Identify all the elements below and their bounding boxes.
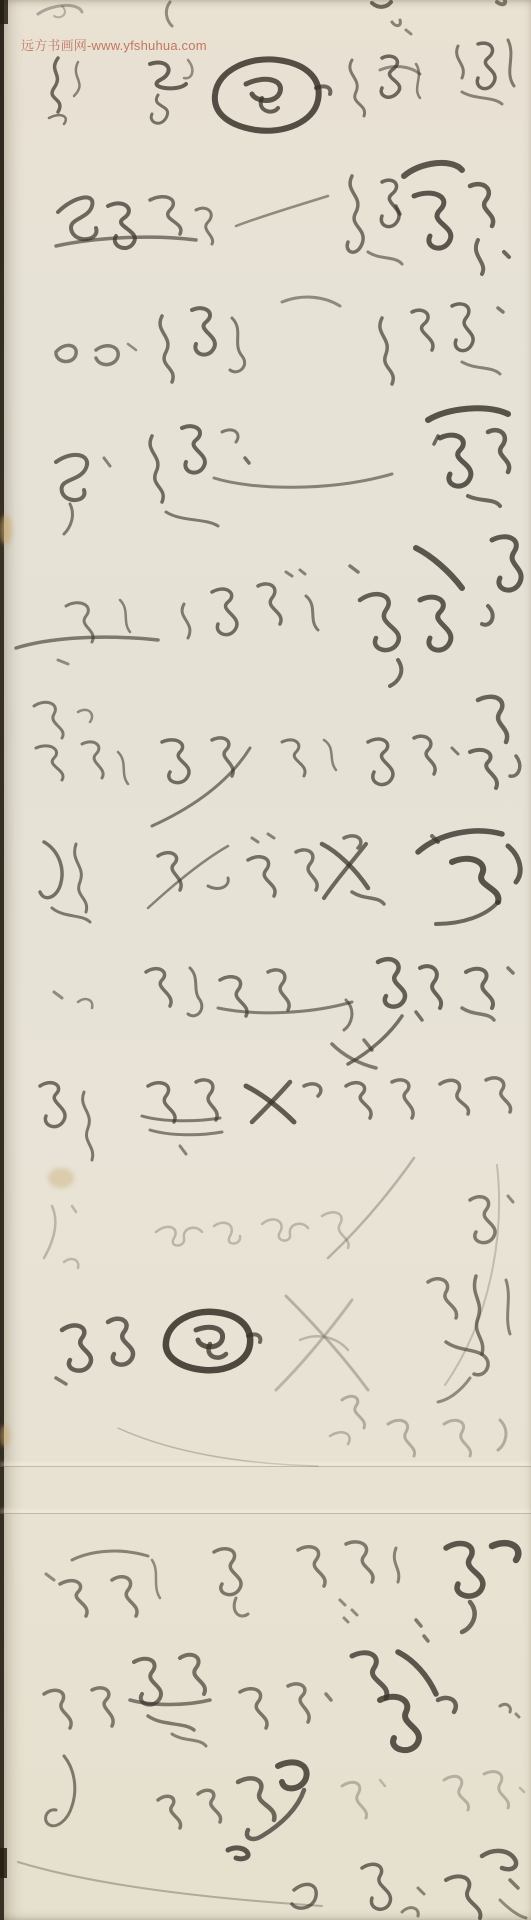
scan-corner-blot-bottom [0, 1848, 7, 1878]
ink-stroke [462, 1008, 494, 1020]
ink-stroke [108, 1319, 133, 1365]
ink-stroke [416, 548, 462, 588]
ink-stroke [162, 740, 189, 783]
ink-stroke [74, 62, 80, 96]
ink-stroke [296, 850, 317, 890]
ink-stroke [462, 1602, 475, 1632]
ink-stroke [156, 1227, 202, 1246]
ink-stroke [230, 318, 245, 372]
ink-stroke [508, 40, 514, 86]
ink-stroke [180, 1655, 205, 1694]
ink-stroke [182, 426, 205, 472]
ink-stroke [510, 1880, 518, 1888]
ink-stroke [368, 739, 393, 784]
ink-stroke [364, 1040, 372, 1050]
ink-stroke [245, 458, 249, 463]
ink-stroke [72, 1551, 148, 1560]
ink-stroke [342, 1396, 365, 1428]
ink-stroke [146, 969, 171, 1006]
ink-stroke [362, 1864, 391, 1909]
ink-stroke [488, 430, 509, 472]
ink-stroke [394, 1548, 399, 1582]
ink-stroke [504, 252, 509, 257]
ink-stroke [52, 908, 90, 922]
ink-stroke [368, 252, 402, 264]
ink-stroke [36, 746, 63, 780]
ink-stroke [240, 1689, 267, 1728]
ink-stroke [344, 1618, 348, 1622]
paper-stain [0, 515, 12, 545]
ink-stroke [104, 458, 110, 466]
ink-stroke [324, 844, 366, 898]
ink-stroke [470, 750, 497, 788]
ink-stroke [188, 968, 202, 1016]
paper-crease [0, 1466, 531, 1469]
ink-stroke [350, 60, 365, 116]
ink-stroke [268, 970, 289, 1010]
ink-stroke [218, 1002, 352, 1013]
ink-stroke [228, 1848, 248, 1859]
ink-stroke [347, 176, 363, 252]
ink-stroke [352, 1610, 357, 1615]
ink-stroke [446, 1543, 483, 1596]
ink-stroke [182, 604, 190, 638]
ink-stroke [128, 344, 136, 350]
ink-stroke [118, 1428, 318, 1466]
ink-stroke [418, 831, 502, 852]
ink-stroke [49, 115, 66, 124]
ink-stroke [344, 836, 361, 848]
ink-stroke [72, 1206, 76, 1212]
ink-stroke [40, 1083, 65, 1127]
paper-stain [48, 1168, 74, 1188]
ink-stroke [392, 1080, 413, 1118]
ink-stroke [498, 308, 503, 312]
ink-stroke [520, 1788, 524, 1792]
ink-stroke [58, 197, 96, 239]
ink-stroke [402, 1908, 418, 1916]
ink-stroke [388, 1420, 415, 1456]
ink-stroke [416, 1620, 421, 1626]
ink-stroke [184, 60, 192, 78]
ink-stroke [381, 56, 399, 97]
ink-stroke [324, 740, 336, 770]
ink-stroke [152, 1560, 160, 1598]
ink-stroke [406, 30, 411, 34]
ink-stroke [56, 345, 76, 361]
ink-stroke [166, 512, 218, 526]
ink-stroke [500, 1900, 526, 1918]
ink-stroke [470, 1197, 495, 1243]
ink-stroke [64, 1259, 78, 1268]
ink-stroke [152, 748, 250, 826]
ink-stroke [248, 857, 275, 896]
ink-stroke [328, 1158, 414, 1258]
ink-stroke [404, 163, 462, 176]
ink-stroke [282, 740, 305, 776]
ink-stroke [160, 316, 173, 382]
ink-stroke [510, 756, 520, 776]
ink-stroke [18, 1862, 322, 1906]
ink-stroke [418, 1888, 424, 1894]
ink-stroke [420, 597, 451, 650]
ink-stroke [134, 1659, 161, 1705]
ink-stroke [298, 1547, 325, 1586]
ink-stroke [482, 1851, 516, 1869]
ink-stroke [268, 834, 274, 838]
ink-stroke [288, 1684, 309, 1722]
calligraphy-artwork [0, 0, 531, 1920]
ink-stroke [478, 697, 507, 742]
ink-stroke [416, 64, 420, 98]
ink-stroke [380, 67, 420, 74]
ink-stroke [304, 1084, 321, 1096]
ink-stroke [258, 584, 281, 624]
ink-stroke [482, 606, 493, 625]
ink-stroke [148, 1716, 194, 1730]
ink-stroke [468, 496, 500, 506]
ink-stroke [424, 1636, 428, 1641]
ink-stroke [452, 304, 473, 351]
ink-stroke [222, 430, 238, 442]
ink-stroke [380, 1780, 385, 1786]
ink-stroke [252, 838, 258, 842]
paper-stain [0, 1425, 10, 1447]
ink-stroke [56, 455, 87, 500]
ink-stroke [158, 1796, 181, 1828]
ink-stroke [78, 710, 92, 722]
ink-stroke [142, 1116, 220, 1121]
ink-stroke [446, 1876, 480, 1918]
ink-stroke [196, 1080, 217, 1120]
ink-stroke [44, 1206, 55, 1258]
ink-stroke [440, 435, 471, 486]
ink-stroke [214, 1223, 240, 1244]
ink-stroke [428, 1279, 457, 1318]
ink-stroke [16, 637, 158, 648]
ink-stroke [278, 1762, 307, 1788]
ink-stroke [234, 1598, 248, 1616]
ink-stroke [58, 660, 68, 664]
ink-stroke [498, 1420, 506, 1450]
ink-stroke [486, 1078, 511, 1112]
ink-stroke [444, 1776, 469, 1810]
ink-stroke [381, 180, 399, 226]
ink-stroke [44, 1690, 71, 1728]
ink-stroke [118, 752, 128, 784]
ink-stroke [46, 1756, 75, 1826]
ink-stroke [412, 310, 433, 350]
ink-stroke [380, 1697, 419, 1750]
ink-stroke [492, 1543, 518, 1560]
ink-stroke [92, 1688, 113, 1726]
ink-stroke [166, 1312, 250, 1370]
ink-stroke [34, 702, 63, 738]
ink-stroke [150, 436, 163, 502]
ink-stroke [497, 1, 505, 4]
ink-stroke [444, 1420, 471, 1456]
ink-stroke [436, 902, 498, 924]
ink-stroke [282, 297, 340, 306]
ink-stroke [352, 1653, 387, 1698]
ink-stroke [466, 969, 493, 1008]
ink-stroke [120, 600, 130, 632]
ink-stroke [75, 844, 87, 912]
ink-stroke [276, 1300, 352, 1390]
ink-stroke [508, 846, 520, 882]
ink-stroke [286, 572, 292, 576]
ink-stroke [346, 1542, 373, 1582]
ink-stroke [166, 2, 172, 26]
ink-stroke [150, 197, 181, 234]
ink-stroke [214, 474, 392, 487]
ink-stroke [62, 1325, 91, 1370]
ink-stroke [238, 1778, 274, 1820]
scan-corner-blot-top [0, 0, 8, 24]
ink-stroke [360, 594, 399, 650]
ink-stroke [52, 58, 60, 112]
ink-stroke [212, 589, 237, 635]
ink-stroke [46, 1574, 54, 1580]
ink-stroke [457, 46, 464, 78]
ink-stroke [56, 1378, 66, 1384]
ink-stroke [148, 1083, 175, 1122]
ink-stroke [212, 738, 233, 776]
ink-stroke [215, 59, 319, 130]
ink-stroke [150, 63, 186, 89]
ink-stroke [192, 308, 215, 354]
ink-stroke [342, 1782, 367, 1818]
ink-stroke [150, 1130, 222, 1135]
ink-stroke [340, 1600, 345, 1605]
ink-stroke [262, 1219, 308, 1240]
ink-stroke [38, 5, 82, 14]
ink-stroke [416, 1012, 422, 1020]
ink-stroke [476, 240, 483, 274]
ink-stroke [428, 408, 508, 420]
ink-stroke [198, 1790, 221, 1822]
ink-stroke [330, 1432, 350, 1444]
ink-stroke [396, 206, 400, 214]
ink-stroke [438, 1378, 470, 1402]
paper-crease [0, 1513, 531, 1516]
ink-stroke [180, 1146, 186, 1154]
ink-stroke [83, 1092, 93, 1160]
ink-stroke [96, 346, 118, 365]
ink-stroke [508, 1196, 513, 1202]
ink-stroke [208, 878, 228, 888]
paper-background: 远方书画网-www.yfshuhua.com [0, 0, 531, 1920]
ink-stroke [462, 362, 500, 374]
ink-stroke [414, 736, 435, 774]
ink-stroke [236, 196, 328, 226]
ink-stroke [440, 1080, 469, 1114]
ink-stroke [438, 1698, 456, 1712]
watermark-text: 远方书画网-www.yfshuhua.com [21, 35, 207, 54]
ink-stroke [60, 1581, 87, 1616]
ink-stroke [64, 504, 72, 534]
ink-stroke [196, 208, 213, 244]
ink-stroke [470, 184, 493, 226]
ink-stroke [82, 742, 103, 778]
ink-stroke [500, 1704, 510, 1712]
ink-stroke [352, 892, 384, 904]
ink-stroke [474, 1276, 482, 1354]
ink-stroke [380, 318, 393, 384]
ink-stroke [492, 537, 521, 590]
ink-stroke [306, 596, 318, 630]
ink-stroke [414, 193, 451, 248]
ink-stroke [151, 95, 167, 123]
ink-stroke [172, 1734, 206, 1746]
ink-stroke [452, 748, 458, 754]
ink-stroke [390, 660, 401, 686]
ink-stroke [452, 859, 498, 902]
ink-stroke [484, 1772, 509, 1808]
ink-stroke [78, 999, 92, 1008]
ink-stroke [372, 2, 391, 7]
ink-stroke [420, 966, 441, 1008]
scanned-page: 远方书画网-www.yfshuhua.com [0, 0, 531, 1920]
ink-stroke [214, 1549, 241, 1595]
ink-stroke [378, 959, 405, 1007]
ink-stroke [286, 1296, 368, 1390]
ink-stroke [348, 1016, 402, 1064]
ink-stroke [326, 1694, 331, 1700]
ink-stroke [108, 203, 135, 248]
scan-edge-left [0, 0, 4, 1920]
ink-stroke [516, 1714, 519, 1717]
ink-stroke [346, 1083, 371, 1118]
ink-stroke [434, 436, 438, 444]
ink-stroke [477, 43, 495, 89]
ink-stroke [54, 992, 62, 998]
ink-stroke [508, 968, 513, 973]
ink-stroke [158, 853, 181, 890]
ink-stroke [506, 1280, 510, 1334]
ink-stroke [398, 1652, 436, 1694]
ink-stroke [462, 92, 502, 104]
ink-stroke [300, 570, 305, 574]
ink-stroke [40, 842, 62, 898]
ink-stroke [112, 1577, 137, 1616]
ink-stroke [392, 20, 400, 26]
ink-stroke [350, 566, 358, 572]
